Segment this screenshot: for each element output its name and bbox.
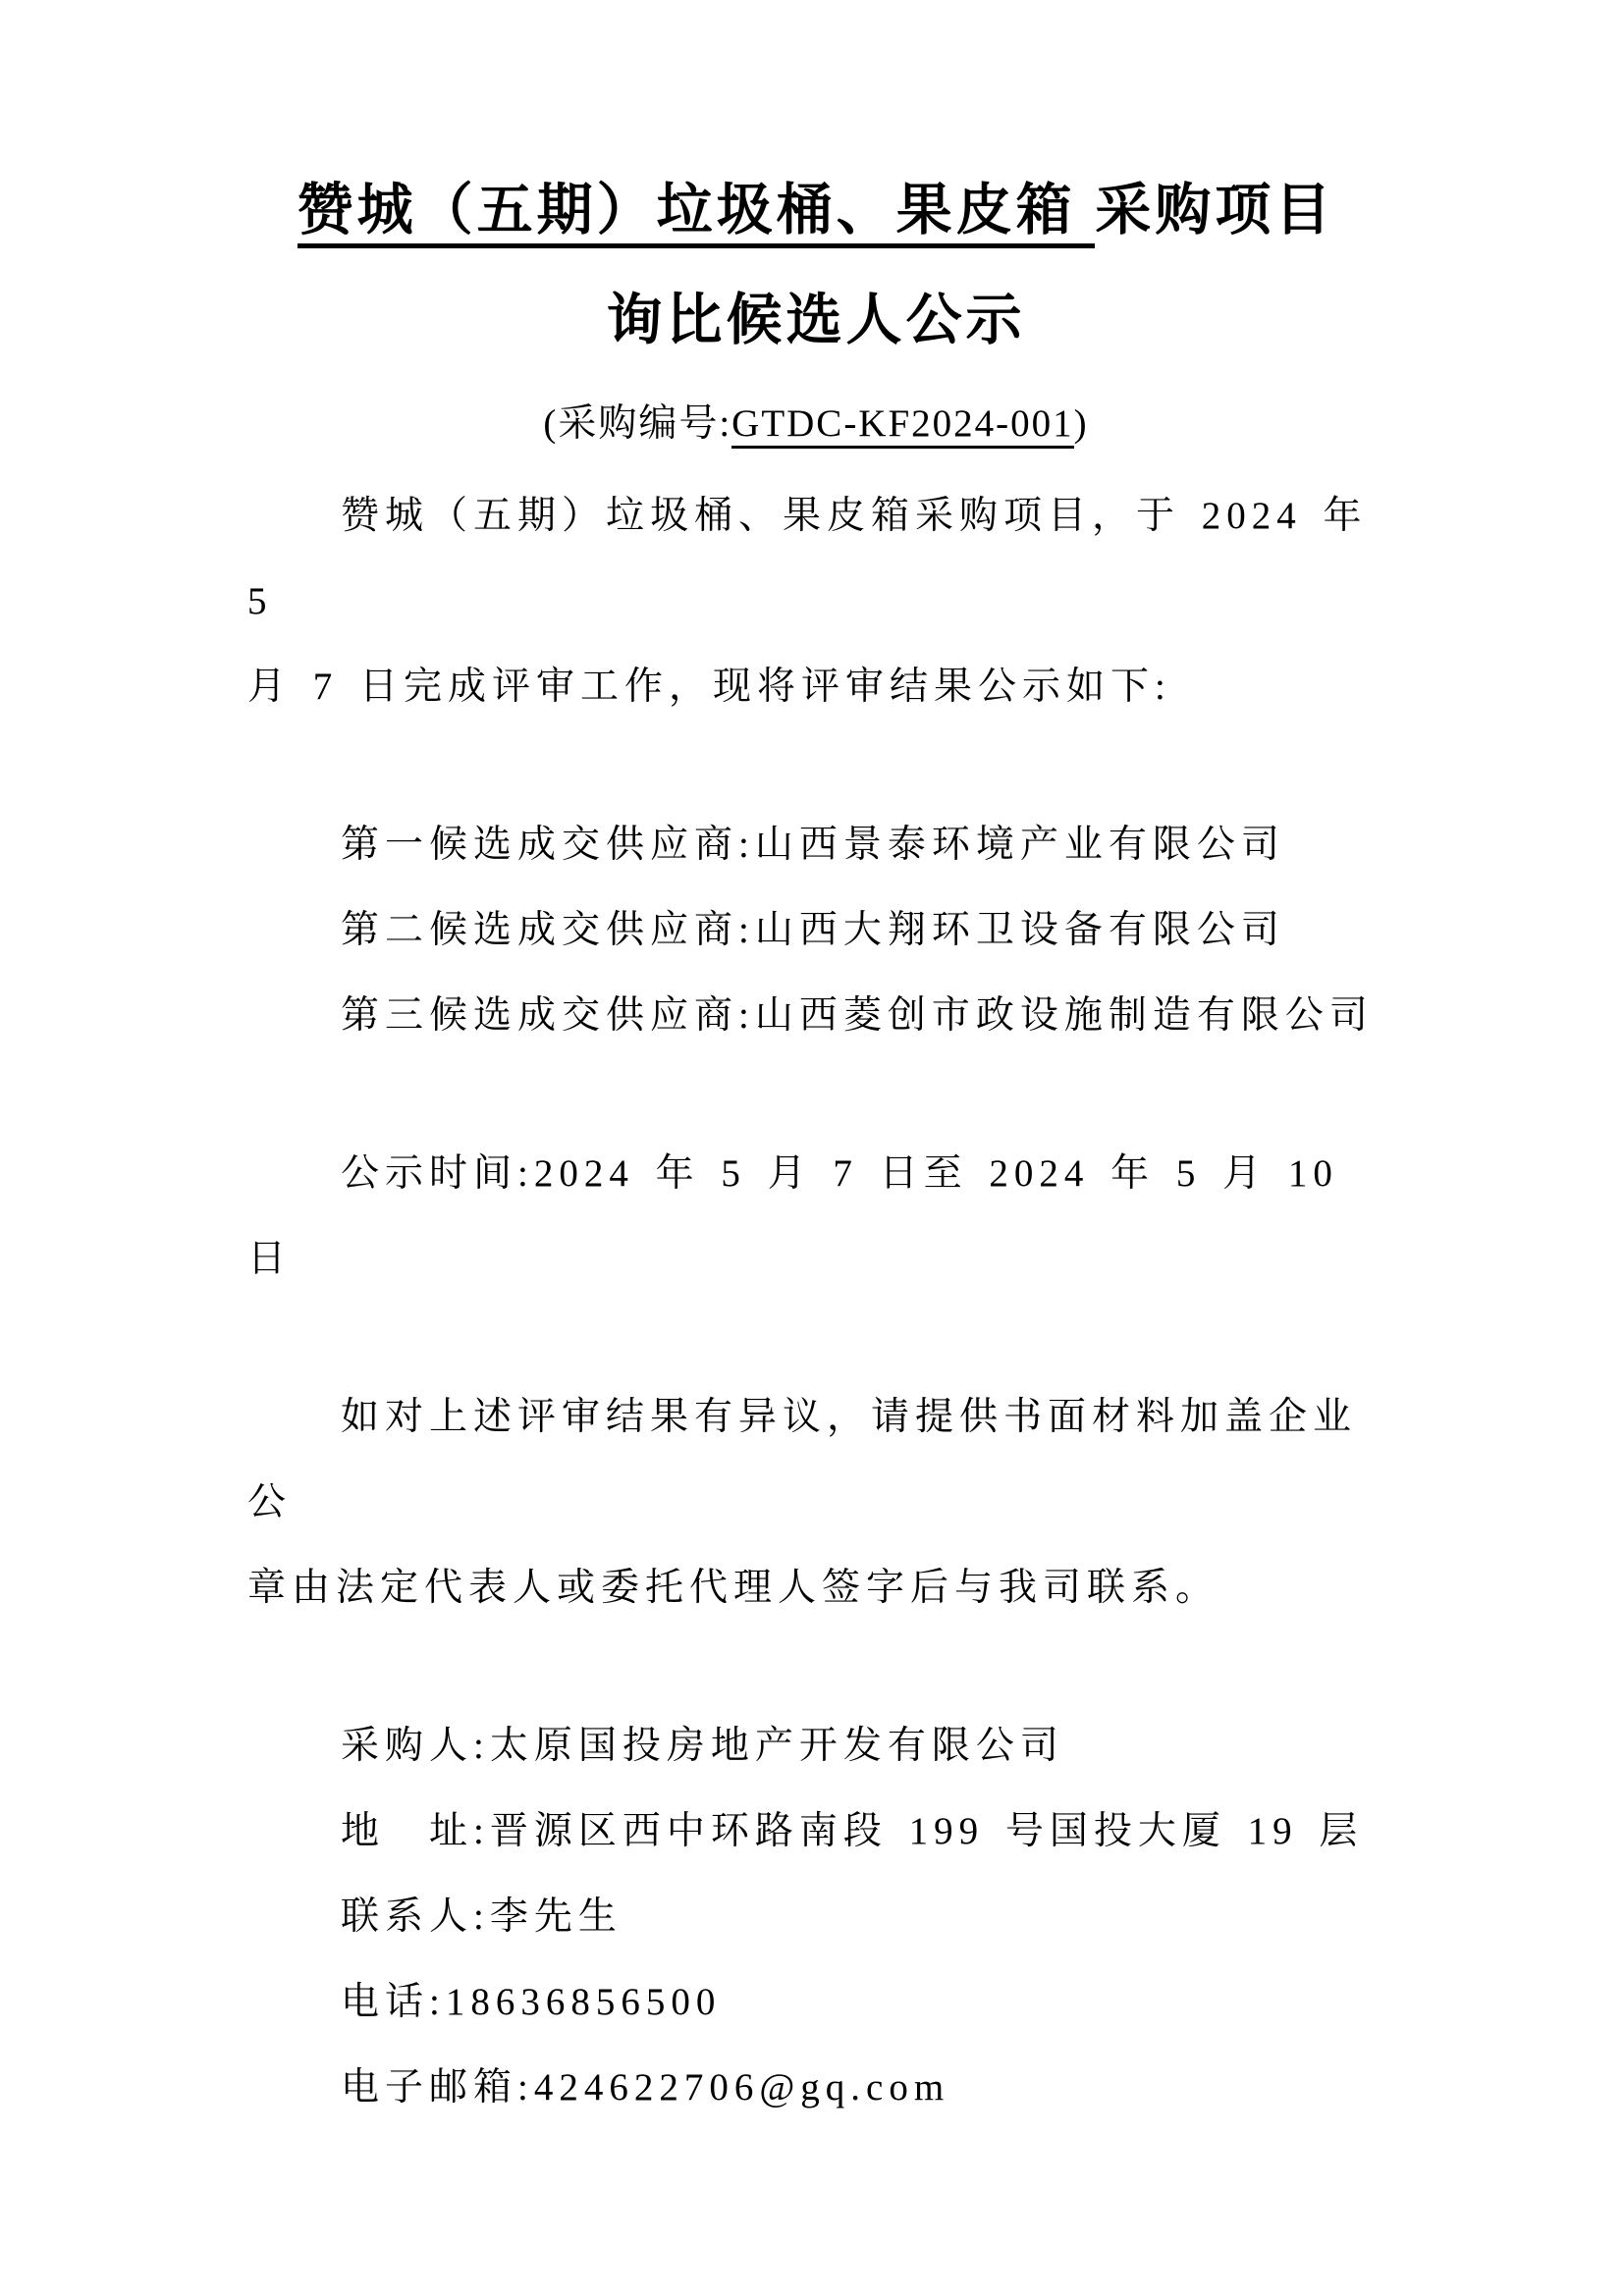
ref-number: GTDC-KF2024-001 xyxy=(731,402,1074,449)
document-page: 赞城（五期）垃圾桶、果皮箱 采购项目 询比候选人公示 (采购编号:GTDC-KF… xyxy=(0,0,1624,2296)
title-rest-text: 采购项目 xyxy=(1095,179,1334,241)
document-content: 赞城（五期）垃圾桶、果皮箱 采购项目 询比候选人公示 (采购编号:GTDC-KF… xyxy=(247,155,1384,2130)
contact-block: 采购人:太原国投房地产开发有限公司 地 址:晋源区西中环路南段 199 号国投大… xyxy=(247,1703,1384,2130)
contact-phone: 电话:18636856500 xyxy=(247,1959,1384,2045)
objection-line-2: 章由法定代表人或委托代理人签字后与我司联系。 xyxy=(247,1545,1384,1630)
ref-prefix: (采购编号: xyxy=(543,402,731,445)
contact-person-value: 李先生 xyxy=(490,1896,623,1938)
ref-suffix: ) xyxy=(1074,402,1089,445)
title-line-2: 询比候选人公示 xyxy=(247,265,1384,375)
contact-person: 联系人:李先生 xyxy=(247,1874,1384,1959)
contact-address-value: 晋源区西中环路南段 199 号国投大厦 19 层 xyxy=(490,1810,1364,1852)
blank-line xyxy=(247,1302,1384,1374)
blank-line xyxy=(247,1058,1384,1131)
contact-person-label: 联系人: xyxy=(341,1896,490,1938)
objection-line-1: 如对上述评审结果有异议，请提供书面材料加盖企业公 xyxy=(247,1374,1384,1545)
contact-phone-label: 电话: xyxy=(341,1981,446,2023)
candidate-line-third: 第三候选成交供应商:山西菱创市政设施制造有限公司 xyxy=(247,973,1384,1058)
intro-line-1: 赞城（五期）垃圾桶、果皮箱采购项目，于 2024 年 5 xyxy=(247,473,1384,644)
title-line-1: 赞城（五期）垃圾桶、果皮箱 采购项目 xyxy=(247,155,1384,265)
document-title: 赞城（五期）垃圾桶、果皮箱 采购项目 询比候选人公示 xyxy=(247,155,1384,375)
title-underlined-text: 赞城（五期）垃圾桶、果皮箱 xyxy=(298,179,1096,248)
objection-paragraph: 如对上述评审结果有异议，请提供书面材料加盖企业公 章由法定代表人或委托代理人签字… xyxy=(247,1374,1384,1630)
intro-paragraph: 赞城（五期）垃圾桶、果皮箱采购项目，于 2024 年 5 月 7 日完成评审工作… xyxy=(247,473,1384,729)
candidate-line-second: 第二候选成交供应商:山西大翔环卫设备有限公司 xyxy=(247,887,1384,973)
contact-email: 电子邮箱:424622706@gq.com xyxy=(247,2045,1384,2130)
candidate-line-first: 第一候选成交供应商:山西景泰环境产业有限公司 xyxy=(247,802,1384,887)
blank-line xyxy=(247,1630,1384,1703)
contact-email-label: 电子邮箱: xyxy=(341,2066,534,2109)
contact-address-label: 地 址: xyxy=(341,1810,490,1852)
publicity-period-line: 公示时间:2024 年 5 月 7 日至 2024 年 5 月 10 日 xyxy=(247,1131,1384,1302)
contact-buyer-label: 采购人: xyxy=(341,1725,490,1767)
contact-phone-value: 18636856500 xyxy=(446,1981,722,2023)
intro-line-2: 月 7 日完成评审工作，现将评审结果公示如下: xyxy=(247,644,1384,729)
contact-address: 地 址:晋源区西中环路南段 199 号国投大厦 19 层 xyxy=(247,1789,1384,1874)
procurement-ref-line: (采购编号:GTDC-KF2024-001) xyxy=(247,375,1384,473)
contact-buyer: 采购人:太原国投房地产开发有限公司 xyxy=(247,1703,1384,1789)
contact-buyer-value: 太原国投房地产开发有限公司 xyxy=(490,1725,1064,1767)
contact-email-value: 424622706@gq.com xyxy=(534,2066,949,2109)
candidates-list: 第一候选成交供应商:山西景泰环境产业有限公司 第二候选成交供应商:山西大翔环卫设… xyxy=(247,802,1384,1058)
blank-line xyxy=(247,729,1384,802)
